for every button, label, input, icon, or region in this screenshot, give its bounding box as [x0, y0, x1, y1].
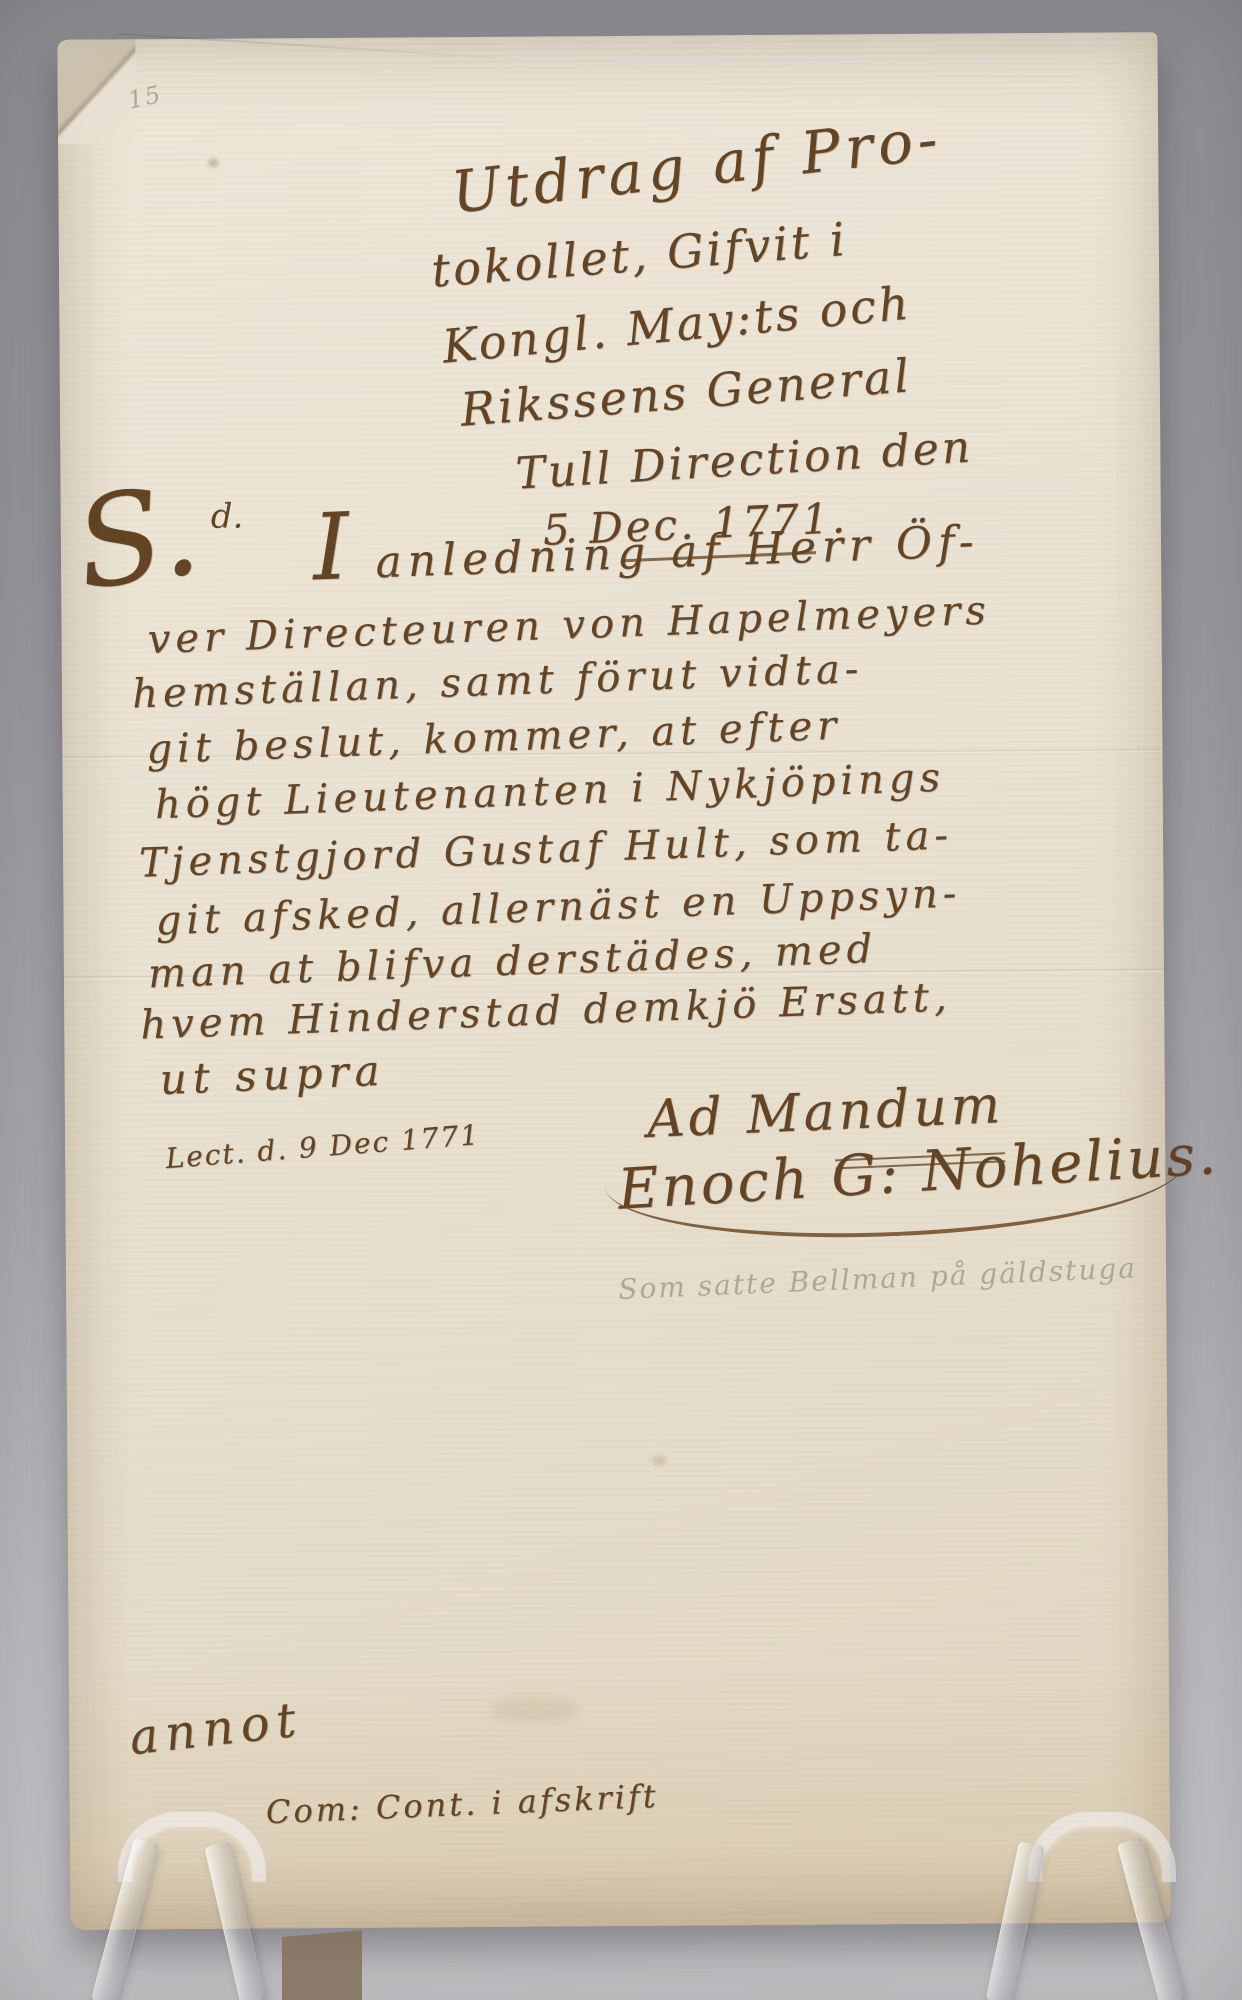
bottom-left-annotation: annot: [127, 1691, 306, 1766]
bottom-copy-annotation: Com: Cont. i afskrift: [265, 1777, 659, 1831]
pencil-annotation: Som satte Bellman på gäldstuga: [618, 1251, 1138, 1306]
body-line: I anledning af Herr Öf-: [312, 516, 980, 590]
body-initial-superscript: d.: [211, 497, 244, 537]
body-line: ver Directeuren von Hapelmeyers: [147, 588, 992, 663]
stain-spot: [208, 159, 218, 167]
lecture-date-line: Lect. d. 9 Dec 1771: [164, 1118, 481, 1175]
top-crease-line: [118, 33, 537, 61]
heading-line: tokollet, Gifvit i: [429, 212, 849, 298]
archive-page-number: 15: [125, 80, 165, 115]
heading-line: Utdrag af Pro-: [448, 104, 945, 227]
dog-ear-corner-fold: [57, 39, 136, 144]
body-initial-letter: S.: [68, 467, 206, 608]
stain-spot: [652, 1456, 666, 1466]
manuscript-paper: 15 Utdrag af Pro- tokollet, Gifvit i Kon…: [57, 32, 1170, 1930]
stain-patch: [489, 1696, 579, 1723]
heading-line: Tull Direction den: [514, 422, 974, 500]
cardboard-support-wedge: [282, 1930, 362, 2000]
closing-formula: ut supra: [159, 1046, 387, 1104]
photo-of-manuscript: 15 Utdrag af Pro- tokollet, Gifvit i Kon…: [0, 0, 1242, 2000]
